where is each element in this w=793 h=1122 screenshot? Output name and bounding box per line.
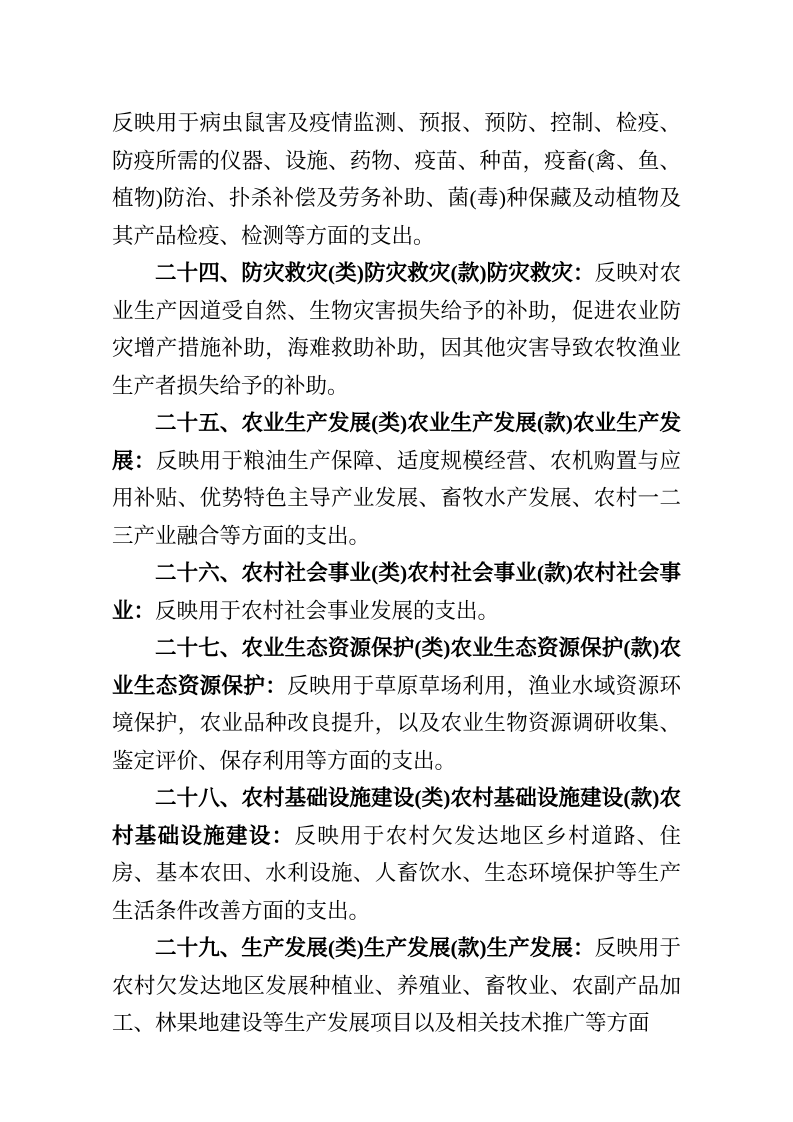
paragraph-item-28: 二十八、农村基础设施建设(类)农村基础设施建设(款)农村基础设施建设：反映用于农… <box>112 780 681 930</box>
paragraph-item-29: 二十九、生产发展(类)生产发展(款)生产发展：反映用于农村欠发达地区发展种植业、… <box>112 930 681 1043</box>
paragraph-item-26: 二十六、农村社会事业(类)农村社会事业(款)农村社会事业：反映用于农村社会事业发… <box>112 555 681 630</box>
paragraph-heading: 二十四、防灾救灾(类)防灾救灾(款)防灾救灾： <box>155 261 595 285</box>
paragraph-text: 反映用于农村社会事业发展的支出。 <box>155 599 499 623</box>
paragraph-item-27: 二十七、农业生态资源保护(类)农业生态资源保护(款)农业生态资源保护：反映用于草… <box>112 630 681 780</box>
paragraph-item-24: 二十四、防灾救灾(类)防灾救灾(款)防灾救灾：反映对农业生产因道受自然、生物灾害… <box>112 255 681 405</box>
paragraph-item-25: 二十五、农业生产发展(类)农业生产发展(款)农业生产发展：反映用于粮油生产保障、… <box>112 405 681 555</box>
paragraph-text: 反映用于病虫鼠害及疫情监测、预报、预防、控制、检疫、防疫所需的仪器、设施、药物、… <box>112 111 681 248</box>
paragraph-heading: 二十九、生产发展(类)生产发展(款)生产发展： <box>155 936 595 960</box>
paragraph-continuation: 反映用于病虫鼠害及疫情监测、预报、预防、控制、检疫、防疫所需的仪器、设施、药物、… <box>112 105 681 255</box>
paragraph-text: 反映用于粮油生产保障、适度规模经营、农机购置与应用补贴、优势特色主导产业发展、畜… <box>112 449 681 548</box>
document-page: 反映用于病虫鼠害及疫情监测、预报、预防、控制、检疫、防疫所需的仪器、设施、药物、… <box>0 0 793 1122</box>
